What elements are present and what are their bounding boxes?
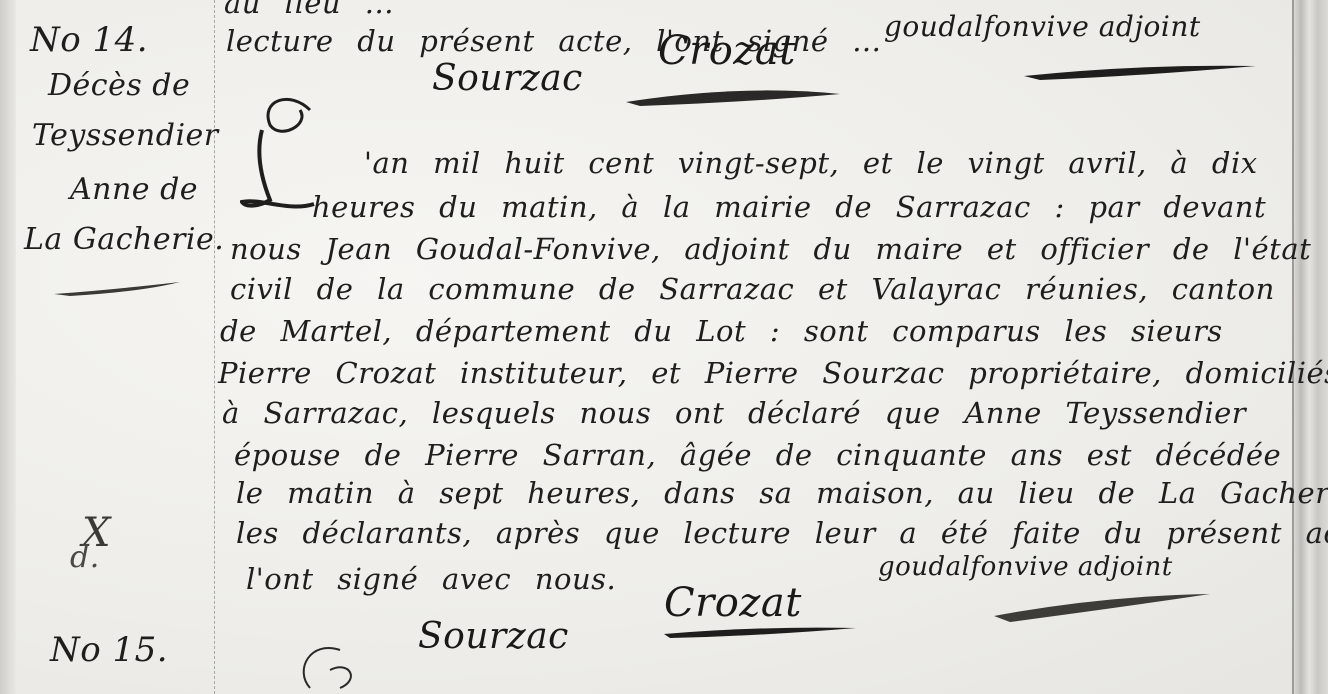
record-line-1: 'an mil huit cent vingt-sept, et le ving…: [364, 146, 1258, 180]
previous-signature-goudal: goudalfonvive adjoint: [884, 10, 1201, 43]
margin-title-line-1: Décès de: [48, 68, 190, 103]
goudal-flourish: [990, 586, 1230, 626]
record-line-6: Pierre Crozat instituteur, et Pierre Sou…: [218, 356, 1328, 390]
next-entry-number: No 15.: [50, 630, 168, 670]
book-binding: [1292, 0, 1328, 694]
signature-sourzac: Sourzac: [418, 616, 569, 657]
margin-title-line-2: Teyssendier: [32, 118, 219, 153]
register-page: No 14. Décès de Teyssendier Anne de La G…: [0, 0, 1328, 694]
next-entry-initial-flourish: [290, 640, 380, 694]
previous-signature-sourzac: Sourzac: [432, 58, 583, 99]
record-line-4: civil de la commune de Sarrazac et Valay…: [230, 272, 1275, 306]
previous-signature-crozat: Crozat: [658, 28, 796, 74]
margin-title-line-4: La Gacherie.: [24, 222, 224, 257]
initial-letter: L: [254, 132, 255, 133]
margin-underline-flourish: [50, 278, 190, 300]
margin-mark-initial: d.: [70, 540, 100, 575]
margin-rule: [214, 0, 215, 694]
crozat-flourish: [660, 620, 860, 650]
record-line-10: les déclarants, après que lecture leur a…: [236, 516, 1328, 550]
previous-crozat-flourish: [620, 80, 850, 120]
record-line-11: l'ont signé avec nous.: [246, 562, 616, 596]
initial-letter-flourish: [240, 80, 320, 220]
record-line-5: de Martel, département du Lot : sont com…: [220, 314, 1223, 348]
margin-title-line-3: Anne de: [70, 172, 198, 207]
record-line-3: nous Jean Goudal-Fonvive, adjoint du mai…: [230, 232, 1311, 266]
record-line-9: le matin à sept heures, dans sa maison, …: [236, 476, 1328, 510]
signature-goudal: goudalfonvive adjoint: [878, 552, 1173, 582]
previous-entry-line-1: au lieu ...: [224, 0, 394, 20]
record-line-8: épouse de Pierre Sarran, âgée de cinquan…: [234, 438, 1281, 472]
record-line-7: à Sarrazac, lesquels nous ont déclaré qu…: [222, 396, 1246, 430]
record-line-2: heures du matin, à la mairie de Sarrazac…: [312, 190, 1266, 224]
previous-goudal-flourish: [1020, 56, 1260, 84]
entry-number: No 14.: [30, 20, 148, 60]
page-left-edge: [0, 0, 16, 694]
